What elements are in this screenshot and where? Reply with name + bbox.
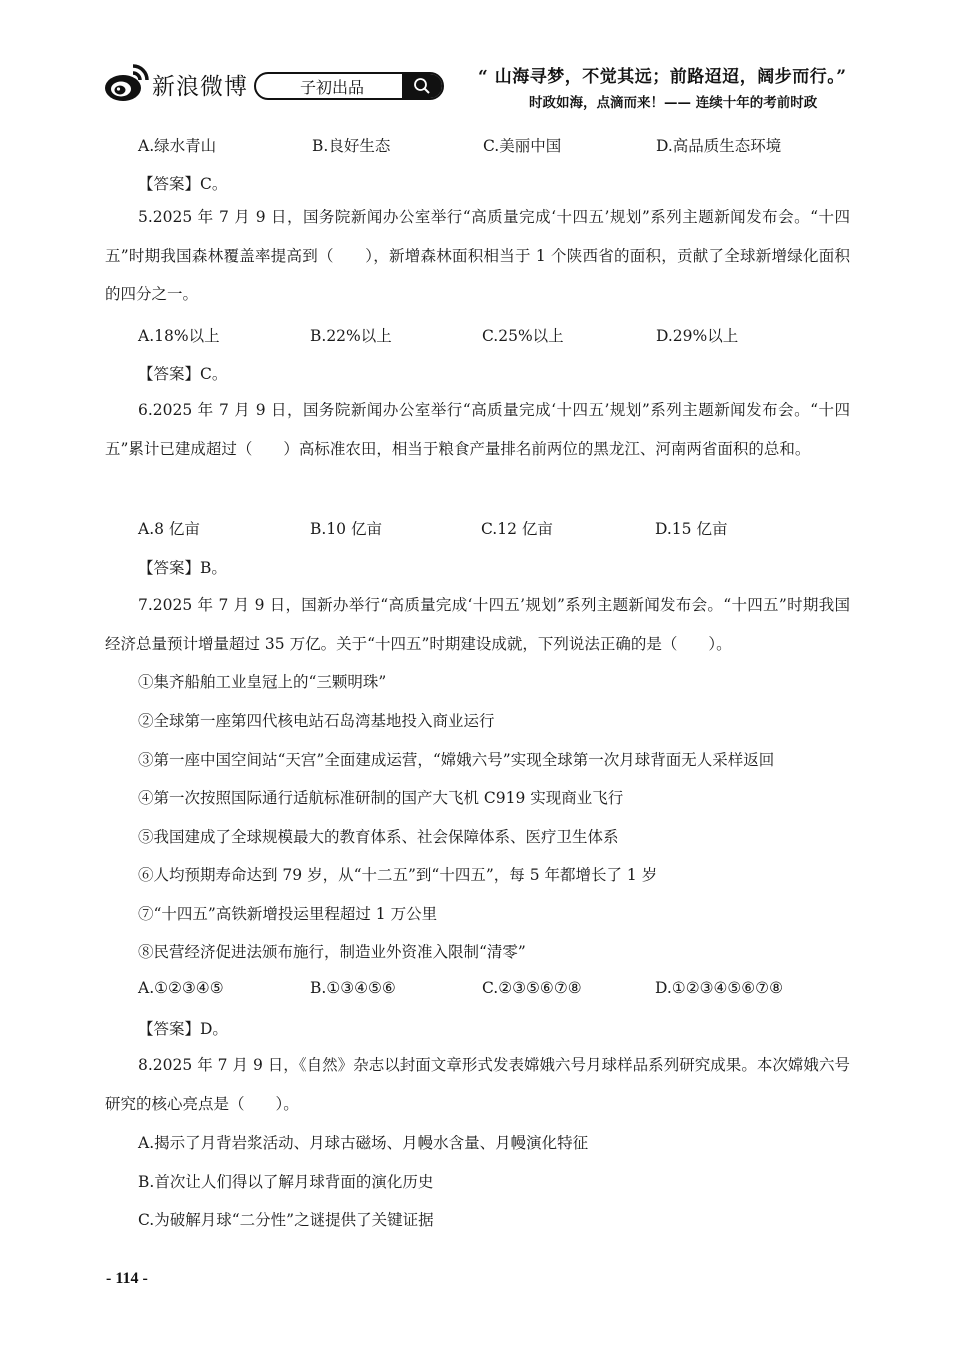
q7-options: A.①②③④⑤ B.①③④⑤⑥ C.②③⑤⑥⑦⑧ D.①②③④⑤⑥⑦⑧ bbox=[138, 979, 850, 999]
q7-item-1: ①集齐船舶工业皇冠上的“三颗明珠” bbox=[138, 670, 386, 692]
q8-stem: 8.2025 年 7 月 9 日，《自然》杂志以封面文章形式发表嫦娥六号月球样品… bbox=[105, 1046, 850, 1123]
q6-options: A.8 亿亩 B.10 亿亩 C.12 亿亩 D.15 亿亩 bbox=[138, 517, 850, 537]
option-c: C.12 亿亩 bbox=[481, 517, 553, 539]
weibo-logo-icon bbox=[103, 60, 151, 104]
option-a: A.18%以上 bbox=[138, 324, 220, 346]
q7-item-8: ⑧民营经济促进法颁布施行，制造业外资准入限制“清零” bbox=[138, 940, 526, 962]
q6-answer: 【答案】B。 bbox=[138, 556, 227, 578]
search-box[interactable]: 子初出品 bbox=[254, 72, 444, 100]
q7-item-7: ⑦“十四五”高铁新增投运里程超过 1 万公里 bbox=[138, 902, 437, 924]
q5-stem: 5.2025 年 7 月 9 日，国务院新闻办公室举行“高质量完成‘十四五’规划… bbox=[105, 198, 850, 314]
option-d: D.15 亿亩 bbox=[655, 517, 727, 539]
q7-item-5: ⑤我国建成了全球规模最大的教育体系、社会保障体系、医疗卫生体系 bbox=[138, 825, 619, 847]
q7-stem: 7.2025 年 7 月 9 日，国新办举行“高质量完成‘十四五’规划”系列主题… bbox=[105, 586, 850, 663]
search-icon bbox=[413, 77, 431, 95]
q4-options: A.绿水青山 B.良好生态 C.美丽中国 D.高品质生态环境 bbox=[138, 134, 850, 154]
option-d: D.高品质生态环境 bbox=[656, 134, 781, 156]
page-header: 新浪微博 子初出品 “ 山海寻梦，不觉其远；前路迢迢，阔步而行。” 时政如海，点… bbox=[0, 0, 953, 120]
option-b: B.①③④⑤⑥ bbox=[310, 979, 396, 997]
q5-answer: 【答案】C。 bbox=[138, 362, 227, 384]
q7-item-3: ③第一座中国空间站“天宫”全面建成运营，“嫦娥六号”实现全球第一次月球背面无人采… bbox=[138, 748, 774, 770]
q7-item-6: ⑥人均预期寿命达到 79 岁，从“十二五”到“十四五”，每 5 年都增长了 1 … bbox=[138, 863, 657, 885]
q4-answer: 【答案】C。 bbox=[138, 172, 227, 194]
option-d: D.①②③④⑤⑥⑦⑧ bbox=[655, 979, 783, 997]
slogan-sub: 时政如海，点滴而来！—— 连续十年的考前时政 bbox=[529, 91, 817, 111]
option-c: C.②③⑤⑥⑦⑧ bbox=[482, 979, 582, 997]
q8-option-b: B.首次让人们得以了解月球背面的演化历史 bbox=[138, 1170, 433, 1192]
option-b: B.良好生态 bbox=[312, 134, 390, 156]
option-c: C.美丽中国 bbox=[483, 134, 561, 156]
search-button[interactable] bbox=[402, 74, 442, 98]
brand-name: 新浪微博 bbox=[152, 68, 248, 101]
q8-option-a: A.揭示了月背岩浆活动、月球古磁场、月幔水含量、月幔演化特征 bbox=[138, 1131, 588, 1153]
q7-answer: 【答案】D。 bbox=[138, 1017, 228, 1039]
q5-options: A.18%以上 B.22%以上 C.25%以上 D.29%以上 bbox=[138, 324, 850, 344]
option-a: A.①②③④⑤ bbox=[138, 979, 224, 997]
page-number: - 114 - bbox=[106, 1270, 148, 1288]
q7-item-4: ④第一次按照国际通行适航标准研制的国产大飞机 C919 实现商业飞行 bbox=[138, 786, 623, 808]
option-b: B.10 亿亩 bbox=[310, 517, 382, 539]
option-b: B.22%以上 bbox=[310, 324, 392, 346]
option-c: C.25%以上 bbox=[482, 324, 564, 346]
option-a: A.8 亿亩 bbox=[138, 517, 200, 539]
option-d: D.29%以上 bbox=[656, 324, 738, 346]
q6-stem: 6.2025 年 7 月 9 日，国务院新闻办公室举行“高质量完成‘十四五’规划… bbox=[105, 391, 850, 468]
search-query[interactable]: 子初出品 bbox=[256, 75, 402, 98]
slogan-main: “ 山海寻梦，不觉其远；前路迢迢，阔步而行。” bbox=[478, 62, 846, 87]
q7-item-2: ②全球第一座第四代核电站石岛湾基地投入商业运行 bbox=[138, 709, 495, 731]
option-a: A.绿水青山 bbox=[138, 134, 216, 156]
q8-option-c: C.为破解月球“二分性”之谜提供了关键证据 bbox=[138, 1208, 434, 1230]
